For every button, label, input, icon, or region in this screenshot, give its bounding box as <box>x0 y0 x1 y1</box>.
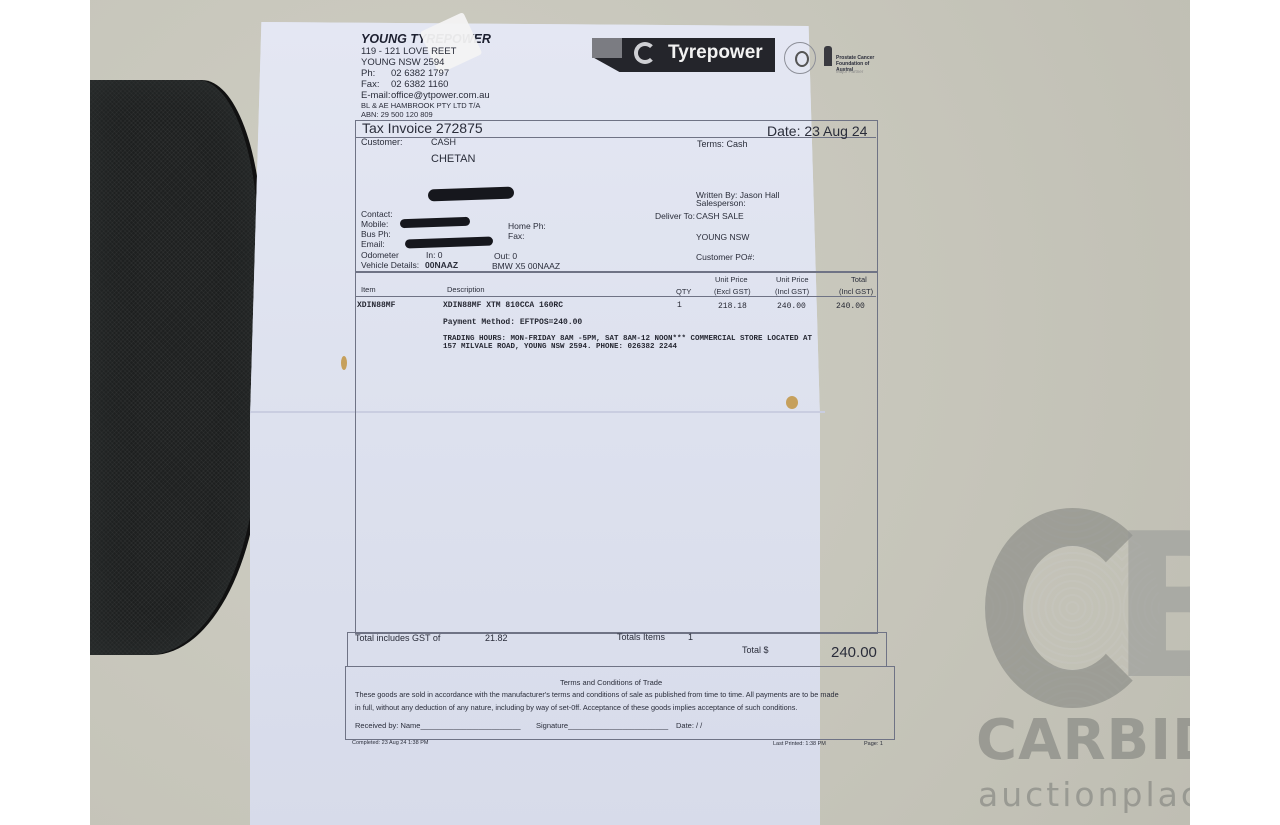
salesperson: Salesperson: <box>696 198 746 208</box>
phone-label: Ph: <box>361 68 375 79</box>
trading-hours-1: TRADING HOURS: MON-FRIDAY 8AM -5PM, SAT … <box>443 335 812 343</box>
odometer-in: In: 0 <box>426 250 443 260</box>
col-unit-excl-2: (Excl GST) <box>714 287 751 296</box>
col-total-2: (Incl GST) <box>839 287 873 296</box>
row-unit-excl: 218.18 <box>718 302 747 311</box>
black-cloth-object <box>90 80 262 655</box>
col-item: Item <box>361 285 376 294</box>
odometer-out: Out: 0 <box>494 251 517 261</box>
customer-po: Customer PO#: <box>696 252 755 262</box>
customer: CASH <box>431 137 456 147</box>
store-entity: BL & AE HAMBROOK PTY LTD T/A <box>361 101 480 110</box>
prostate-foundation-icon <box>824 46 832 66</box>
email-field-label: Email: <box>361 239 385 249</box>
gst-value: 21.82 <box>485 633 508 643</box>
col-unit-incl-2: (Incl GST) <box>775 287 809 296</box>
store-fax: 02 6382 1160 <box>391 79 448 90</box>
items-header-divider <box>355 296 876 297</box>
partner-sub: Major Partner <box>836 69 863 74</box>
gst-label: Total includes GST of <box>355 633 440 643</box>
mobile-label: Mobile: <box>361 219 388 229</box>
date-line: Date: / / <box>676 721 702 730</box>
fax-field-label: Fax: <box>508 231 525 241</box>
vehicle-desc: BMW X5 00NAAZ <box>492 261 560 271</box>
row-description: XDIN88MF XTM 810CCA 160RC <box>443 301 563 310</box>
tyrepower-logo-text: Tyrepower <box>668 42 763 64</box>
items-box <box>355 272 878 634</box>
store-abn: ABN: 29 500 120 809 <box>361 110 433 119</box>
last-printed: Last Printed: 1:38 PM <box>773 741 826 747</box>
logo-accent <box>592 38 622 58</box>
contact-label: Contact: <box>361 209 393 219</box>
page-number: Page: 1 <box>864 741 883 747</box>
row-qty: 1 <box>677 301 682 310</box>
invoice-date: Date: 23 Aug 24 <box>767 123 867 139</box>
right-margin <box>1190 0 1280 825</box>
customer-name: CHETAN <box>431 153 475 165</box>
email-label: E-mail: <box>361 90 391 101</box>
store-email: office@ytpower.com.au <box>391 90 490 101</box>
terms-line-2: in full, without any deduction of any na… <box>355 703 797 712</box>
total-value: 240.00 <box>831 644 877 661</box>
trading-hours-2: 157 MILVALE ROAD, YOUNG NSW 2594. PHONE:… <box>443 343 677 351</box>
stain <box>341 356 347 370</box>
col-unit-incl-1: Unit Price <box>776 275 809 284</box>
deliver-town: YOUNG NSW <box>696 232 749 242</box>
deliver-to-label: Deliver To: <box>655 211 695 221</box>
col-unit-excl-1: Unit Price <box>715 275 748 284</box>
deliver-to: CASH SALE <box>696 211 744 221</box>
col-description: Description <box>447 285 485 294</box>
partner-circle-icon <box>795 51 809 67</box>
watermark-sub: auctionplace <box>978 775 1225 814</box>
bus-ph-label: Bus Ph: <box>361 229 391 239</box>
payment-method: Payment Method: EFTPOS=240.00 <box>443 318 582 327</box>
terms-title: Terms and Conditions of Trade <box>560 678 662 687</box>
invoice-title: Tax Invoice 272875 <box>362 120 483 136</box>
col-qty: QTY <box>676 287 691 296</box>
row-unit-incl: 240.00 <box>777 302 806 311</box>
terms-line-1: These goods are sold in accordance with … <box>355 690 839 699</box>
terms: Terms: Cash <box>697 139 748 149</box>
store-address-1: 119 - 121 LOVE REET <box>361 46 456 57</box>
fax-label: Fax: <box>361 79 379 90</box>
vehicle-rego: 00NAAZ <box>425 260 458 270</box>
store-phone: 02 6382 1797 <box>391 68 449 79</box>
col-total-1: Total <box>851 275 867 284</box>
row-total: 240.00 <box>836 302 865 311</box>
home-ph-label: Home Ph: <box>508 221 546 231</box>
tyrepower-swirl-icon <box>634 42 656 64</box>
vehicle-label: Vehicle Details: <box>361 260 419 270</box>
row-item: XDIN88MF <box>357 301 395 310</box>
customer-label: Customer: <box>361 137 403 147</box>
received-by: Received by: Name_______________________… <box>355 721 521 730</box>
total-items: 1 <box>688 632 693 642</box>
odometer-label: Odometer <box>361 250 399 260</box>
signature-line: Signature________________________ <box>536 721 668 730</box>
total-items-label: Totals Items <box>617 632 665 642</box>
total-label: Total $ <box>742 645 769 655</box>
store-address-2: YOUNG NSW 2594 <box>361 57 444 68</box>
completed-timestamp: Completed: 23 Aug 24 1:38 PM <box>352 740 428 746</box>
